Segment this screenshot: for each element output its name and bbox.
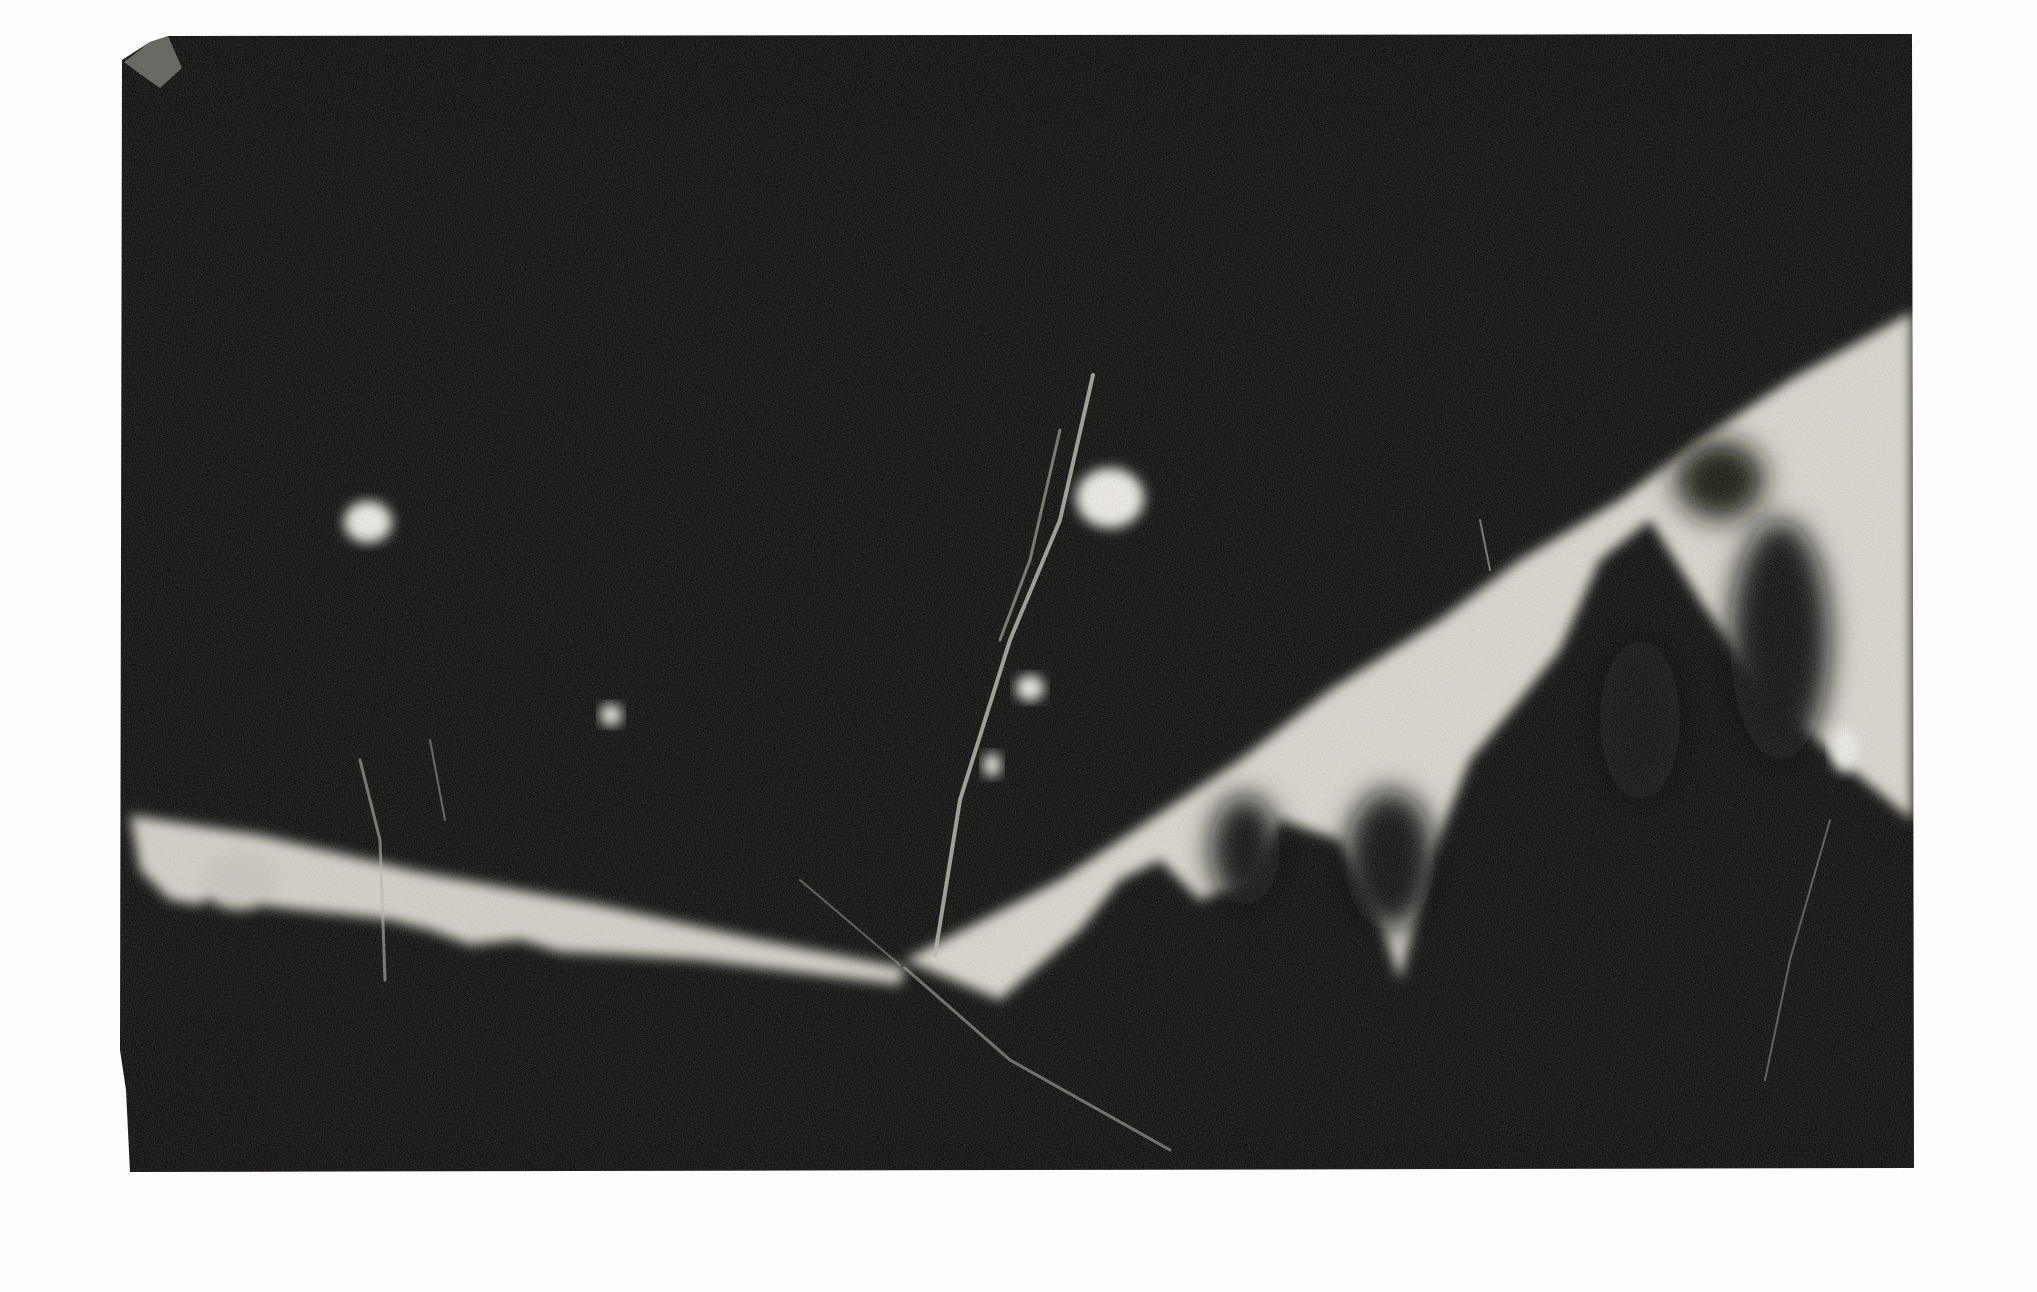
print-area	[100, 20, 1940, 1190]
photo-print	[0, 0, 2037, 1292]
